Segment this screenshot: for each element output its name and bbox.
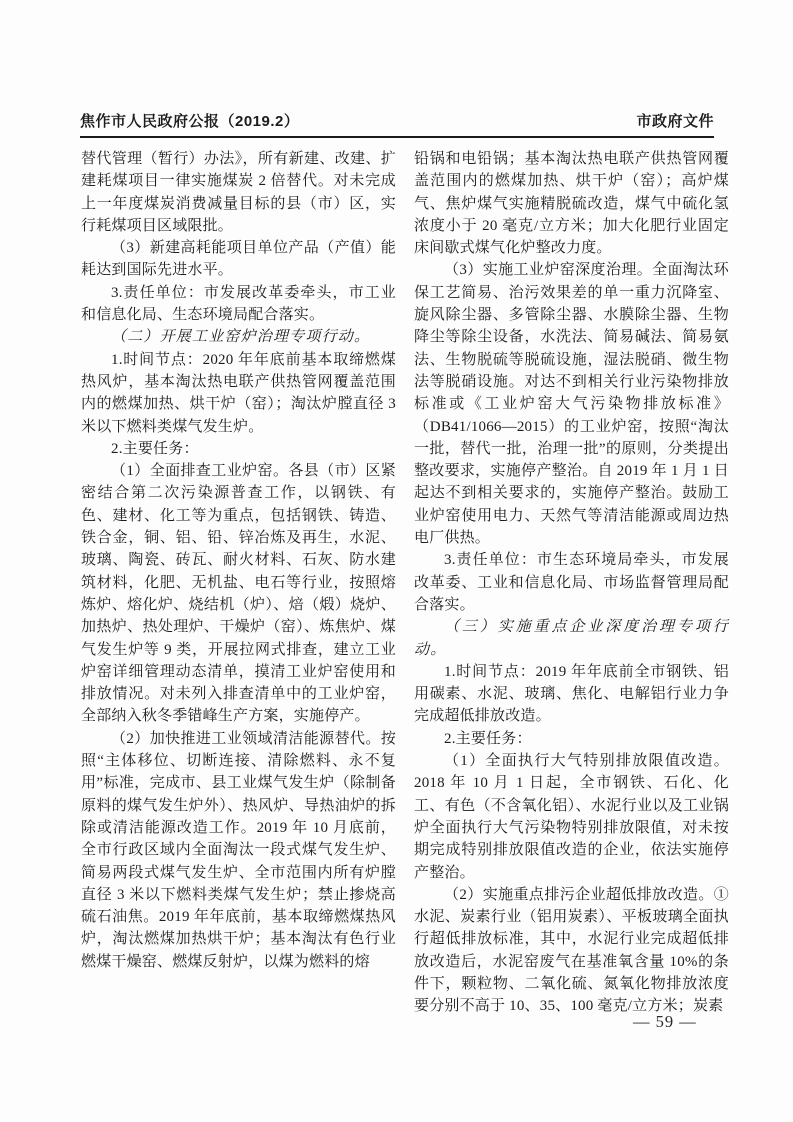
gazette-page: 焦作市人民政府公报（2019.2） 市政府文件 替代管理（暂行）办法》，所有新建… [0, 0, 793, 1122]
paragraph: （2）实施重点排污企业超低排放改造。①水泥、炭素行业（铝用炭素）、平板玻璃全面执… [414, 884, 729, 1018]
paragraph: 铅锅和电铅锅；基本淘汰热电联产供热管网覆盖范围内的燃煤加热、烘干炉（窑）；高炉煤… [414, 148, 729, 259]
paragraph: 1.时间节点：2020 年年底前基本取缔燃煤热风炉，基本淘汰热电联产供热管网覆盖… [81, 349, 396, 438]
paragraph: （2）加快推进工业领域清洁能源替代。按照“主体移位、切断连接、清除燃料、永不复用… [81, 728, 396, 973]
column-right: 铅锅和电铅锅；基本淘汰热电联产供热管网覆盖范围内的燃煤加热、烘干炉（窑）；高炉煤… [414, 148, 729, 1018]
paragraph: 替代管理（暂行）办法》，所有新建、改建、扩建耗煤项目一律实施煤炭 2 倍替代。对… [81, 148, 396, 237]
paragraph: 2.主要任务： [81, 438, 396, 460]
header-left-title: 焦作市人民政府公报（2019.2） [80, 110, 299, 131]
footer-page-number: — 59 — [633, 1012, 697, 1032]
paragraph: （1）全面执行大气特别排放限值改造。2018 年 10 月 1 日起，全市钢铁、… [414, 750, 729, 884]
paragraph: （二）开展工业窑炉治理专项行动。 [81, 326, 396, 348]
paragraph: 3.责任单位：市发展改革委牵头，市工业和信息化局、生态环境局配合落实。 [81, 282, 396, 327]
paragraph: （三）实施重点企业深度治理专项行动。 [414, 616, 729, 661]
paragraph: （1）全面排查工业炉窑。各县（市）区紧密结合第二次污染源普查工作，以钢铁、有色、… [81, 460, 396, 728]
paragraph: 3.责任单位：市生态环境局牵头，市发展改革委、工业和信息化局、市场监督管理局配合… [414, 549, 729, 616]
paragraph: 2.主要任务： [414, 728, 729, 750]
paragraph: 1.时间节点：2019 年年底前全市钢铁、铝用碳素、水泥、玻璃、焦化、电解铝行业… [414, 661, 729, 728]
paragraph: （3）新建高耗能项目单位产品（产值）能耗达到国际先进水平。 [81, 237, 396, 282]
column-left: 替代管理（暂行）办法》，所有新建、改建、扩建耗煤项目一律实施煤炭 2 倍替代。对… [81, 148, 396, 973]
page-header: 焦作市人民政府公报（2019.2） 市政府文件 [80, 110, 714, 138]
header-right-title: 市政府文件 [636, 110, 714, 131]
paragraph: （3）实施工业炉窑深度治理。全面淘汰环保工艺简易、治污效果差的单一重力沉降室、旋… [414, 259, 729, 549]
